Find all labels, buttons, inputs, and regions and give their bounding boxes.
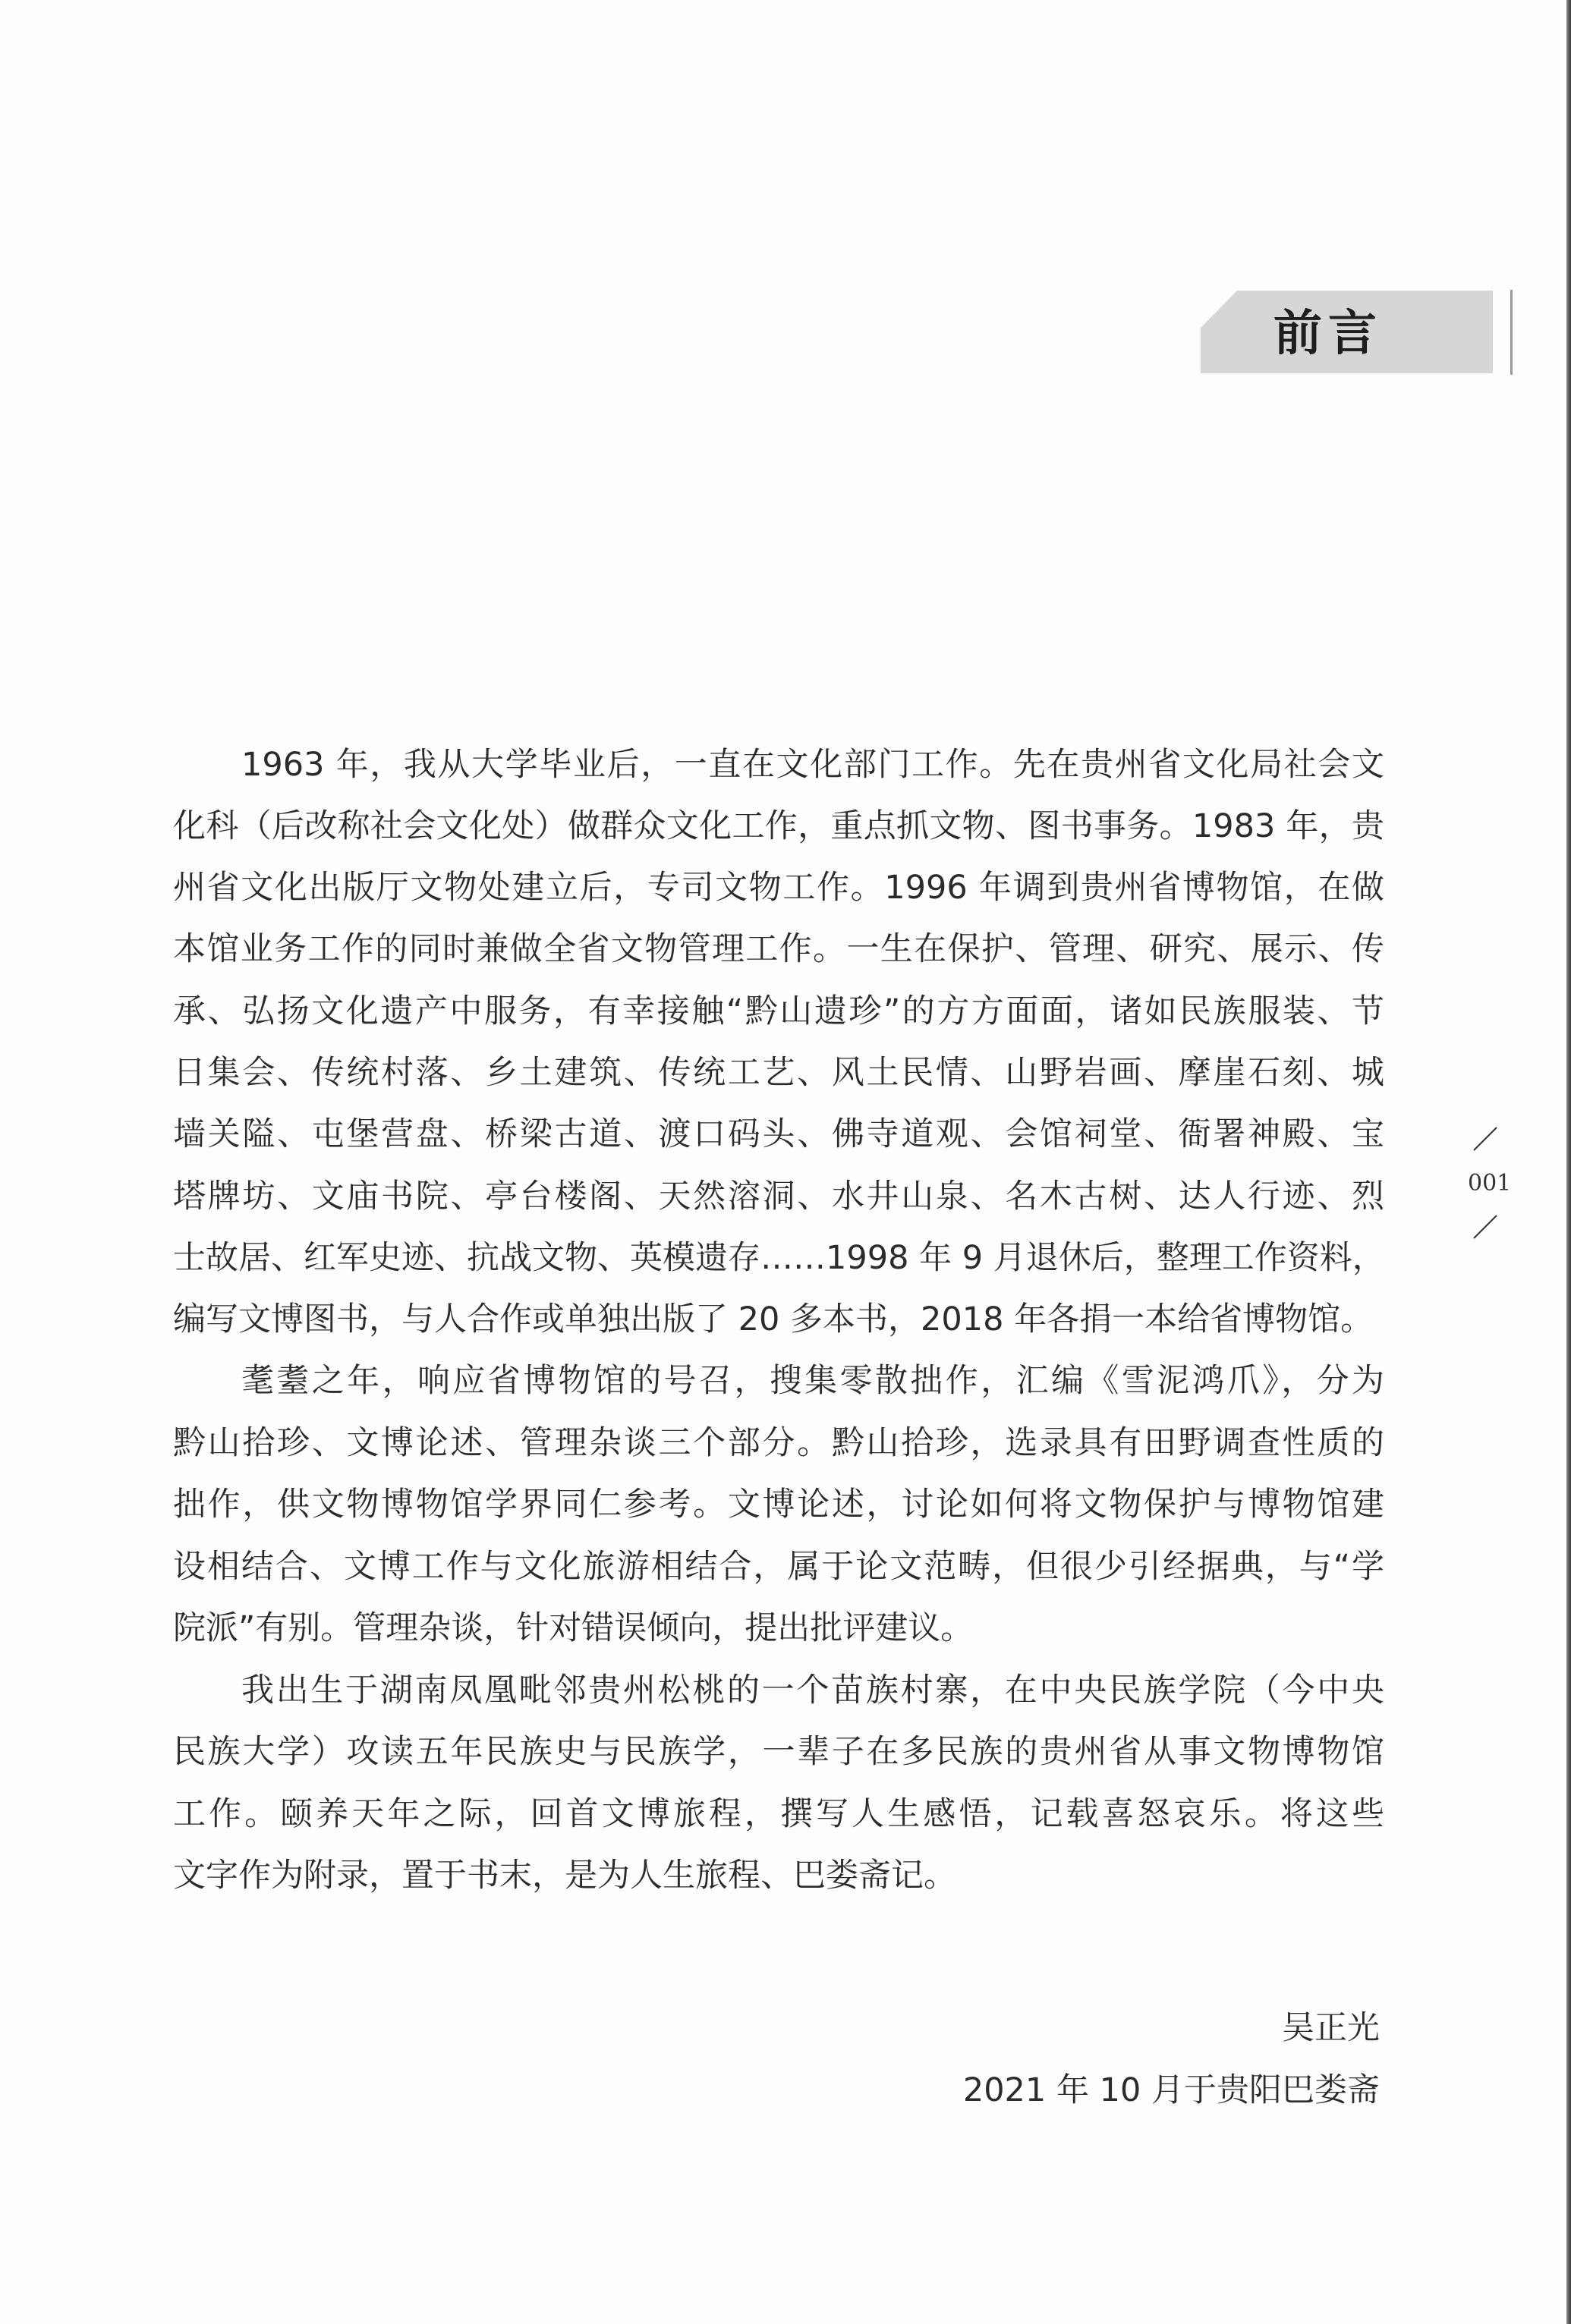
text-line: 日集会、传统村落、乡土建筑、传统工艺、风土民情、山野岩画、摩崖石刻、城	[173, 1054, 1384, 1092]
text-line: 承、弘扬文化遗产中服务，有幸接触“黔山遗珍”的方方面面，诸如民族服装、节	[173, 992, 1384, 1030]
text-line: 1963 年，我从大学毕业后，一直在文化部门工作。先在贵州省文化局社会文	[241, 746, 1384, 784]
page-folio: 001	[1465, 1123, 1510, 1244]
text-line: 塔牌坊、文庙书院、亭台楼阁、天然溶洞、水井山泉、名木古树、达人行迹、烈	[173, 1178, 1384, 1215]
text-line: 本馆业务工作的同时兼做全省文物管理工作。一生在保护、管理、研究、展示、传	[173, 930, 1384, 968]
text-line: 墙关隘、屯堡营盘、桥梁古道、渡口码头、佛寺道观、会馆祠堂、衙署神殿、宝	[173, 1115, 1384, 1153]
page-number: 001	[1468, 1168, 1511, 1199]
text-line: 文字作为附录，置于书末，是为人生旅程、巴娄斋记。	[173, 1857, 1384, 1895]
text-line: 耄耋之年，响应省博物馆的号召，搜集零散拙作，汇编《雪泥鸿爪》，分为	[241, 1362, 1384, 1400]
text-line: 民族大学）攻读五年民族史与民族学，一辈子在多民族的贵州省从事文物博物馆	[173, 1733, 1384, 1771]
text-line: 拙作，供文物博物馆学界同仁参考。文博论述，讨论如何将文物保护与博物馆建	[173, 1486, 1384, 1524]
author-name: 吴正光	[1282, 2009, 1380, 2047]
text-line: 院派”有别。管理杂谈，针对错误倾向，提出批评建议。	[173, 1609, 1384, 1647]
page-title: 前言	[1273, 296, 1383, 372]
title-rule-divider	[1510, 290, 1513, 375]
text-line: 州省文化出版厅文物处建立后，专司文物工作。1996 年调到贵州省博物馆，在做	[173, 869, 1384, 907]
slash-ornament-icon	[1472, 1214, 1498, 1240]
text-line: 士故居、红军史迹、抗战文物、英模遗存……1998 年 9 月退休后，整理工作资料…	[173, 1239, 1384, 1277]
slash-ornament-icon	[1472, 1126, 1498, 1152]
page-edge	[1566, 0, 1571, 2324]
text-line: 黔山拾珍、文博论述、管理杂谈三个部分。黔山拾珍，选录具有田野调查性质的	[173, 1424, 1384, 1462]
date-place-line: 2021 年 10 月于贵阳巴娄斋	[963, 2071, 1380, 2109]
text-line: 我出生于湖南凤凰毗邻贵州松桃的一个苗族村寨，在中央民族学院（今中央	[241, 1671, 1384, 1709]
text-line: 设相结合、文博工作与文化旅游相结合，属于论文范畴，但很少引经据典，与“学	[173, 1548, 1384, 1586]
text-line: 编写文博图书，与人合作或单独出版了 20 多本书，2018 年各捐一本给省博物馆…	[173, 1300, 1384, 1338]
text-line: 工作。颐养天年之际，回首文博旅程，撰写人生感悟，记载喜怒哀乐。将这些	[173, 1795, 1384, 1833]
text-line: 化科（后改称社会文化处）做群众文化工作，重点抓文物、图书事务。1983 年，贵	[173, 807, 1384, 845]
